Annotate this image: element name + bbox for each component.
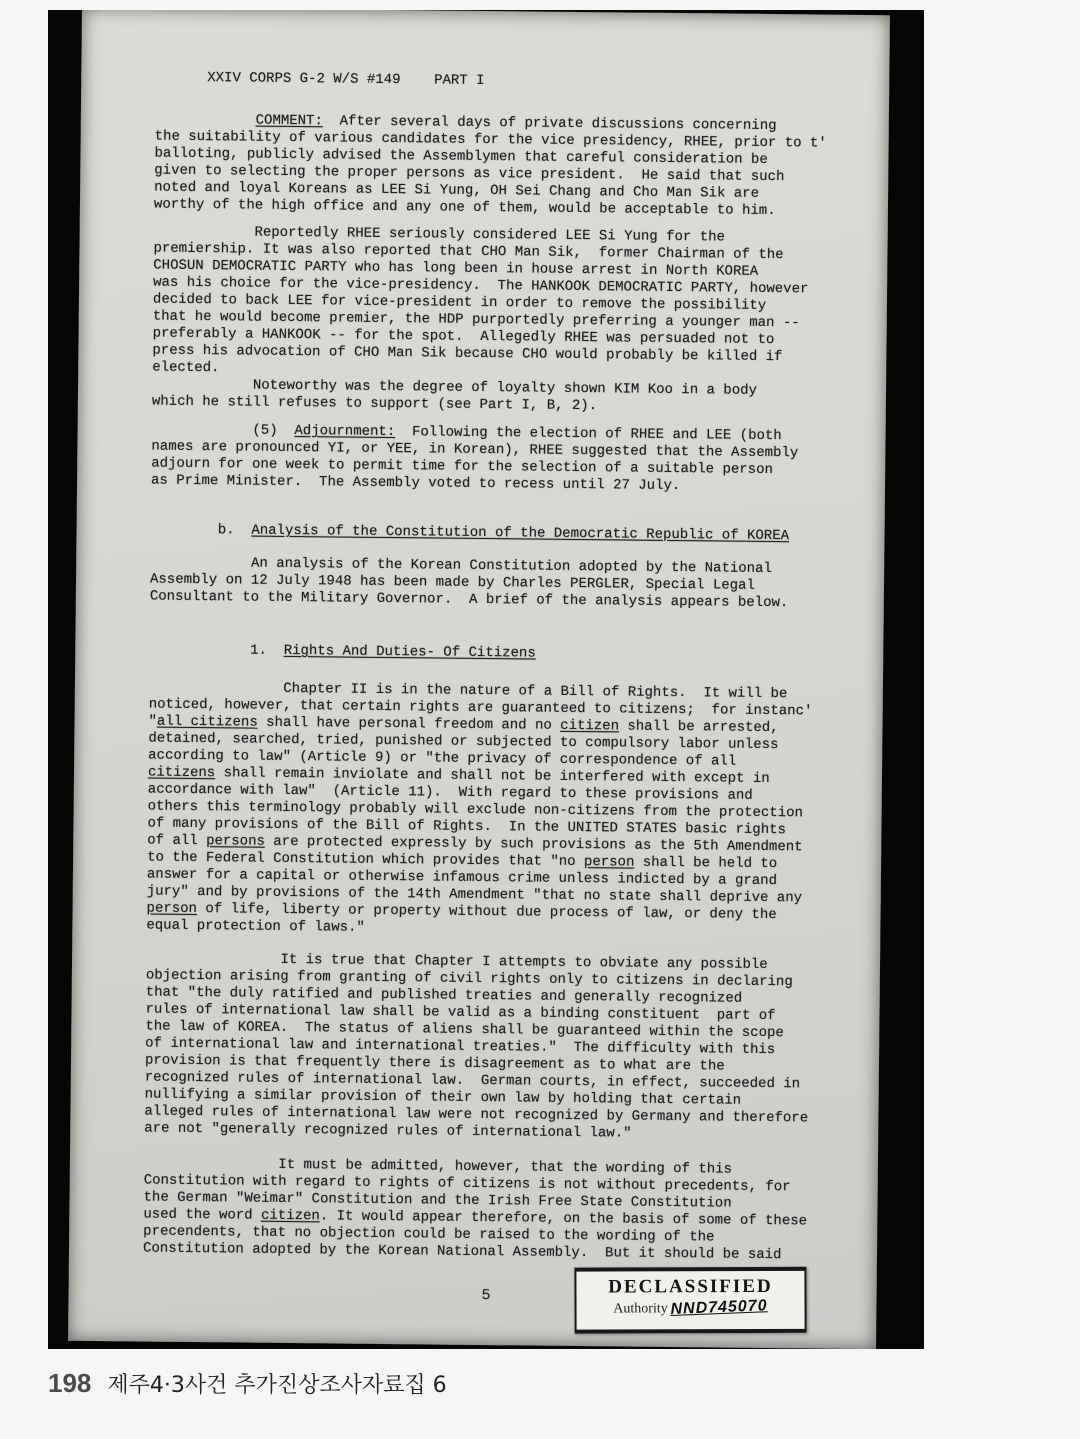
paragraph-it-must-be-admitted: It must be admitted, however, that the w…	[143, 1155, 826, 1264]
document-body: COMMENT: After several days of private d…	[143, 112, 837, 1265]
scanned-photo-mat: XXIV CORPS G-2 W/S #149 PART I COMMENT: …	[48, 10, 924, 1349]
typewritten-page: XXIV CORPS G-2 W/S #149 PART I COMMENT: …	[68, 10, 890, 1349]
paragraph-chapter-ii: Chapter II is in the nature of a Bill of…	[146, 680, 831, 942]
paragraph-premiership: Reportedly RHEE seriously considered LEE…	[152, 224, 836, 384]
paragraph-an-analysis: An analysis of the Korean Constitution a…	[150, 555, 832, 613]
declassified-stamp-title: DECLASSIFIED	[576, 1276, 804, 1299]
book-caption: 198 제주4·3사건 추가진상조사자료집 6	[48, 1368, 447, 1399]
paragraph-adjournment: (5) Adjournment: Following the election …	[151, 422, 834, 497]
paragraph-it-is-true: It is true that Chapter I attempts to ob…	[144, 950, 828, 1144]
paragraph-noteworthy: Noteworthy was the degree of loyalty sho…	[152, 377, 834, 418]
authority-label: Authority	[613, 1301, 668, 1316]
authority-number: NND745070	[670, 1297, 768, 1319]
declassified-stamp: DECLASSIFIED AuthorityNND745070	[574, 1267, 806, 1334]
book-caption-text: 제주4·3사건 추가진상조사자료집 6	[107, 1368, 446, 1399]
paragraph-comment: COMMENT: After several days of private d…	[154, 112, 837, 221]
book-page: { "document": { "header": "XXIV CORPS G-…	[0, 0, 1080, 1439]
paragraph-heading-rights: 1. Rights And Duties- Of Citizens	[149, 642, 831, 666]
book-page-number: 198	[48, 1368, 91, 1399]
declassified-stamp-authority: AuthorityNND745070	[577, 1299, 805, 1318]
paragraph-heading-analysis: b. Analysis of the Constitution of the D…	[150, 522, 832, 546]
page-number: 5	[481, 1287, 490, 1304]
document-header: XXIV CORPS G-2 W/S #149 PART I	[207, 70, 837, 94]
